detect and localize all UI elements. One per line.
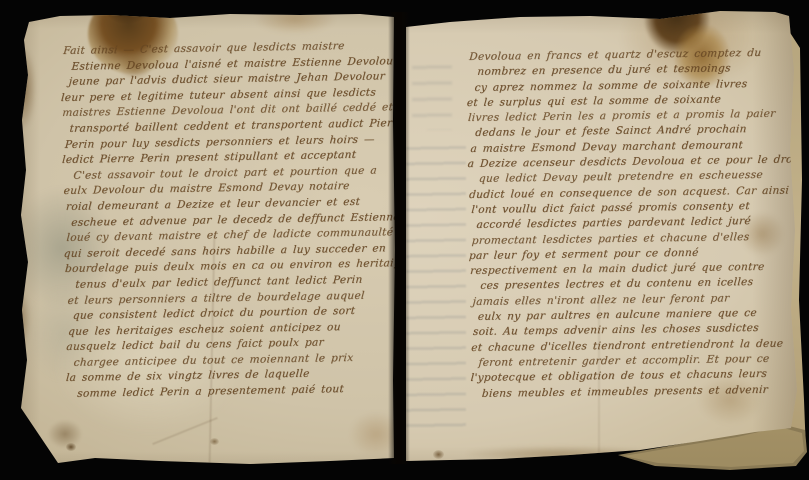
- gray-water-stain-lower: [26, 286, 104, 382]
- manuscript-line: la somme de six vingtz livres de laquell…: [65, 365, 406, 387]
- manuscript-line: par leur foy et serment pour ce donné: [468, 244, 809, 264]
- manuscript-line: bourdelage puis deulx mois en ca ou envi…: [64, 256, 404, 278]
- ink-speck: [66, 443, 76, 451]
- stain-right-edge: [740, 212, 784, 256]
- manuscript-line: loué cy devant maistre et chef de ladict…: [66, 225, 404, 246]
- faint-stain-top: [255, 4, 335, 34]
- parchment-highlight: [58, 300, 238, 430]
- manuscript-line: Perin pour luy sesdicts personniers et l…: [64, 132, 402, 153]
- manuscript-line: maistres Estienne Devoloua l'ont dit ont…: [62, 100, 402, 122]
- manuscript-line: transporté baillent ceddent et transport…: [69, 116, 402, 137]
- ink-stain-top-left-core: [104, 0, 150, 24]
- ink-show-through-upper: [412, 60, 452, 130]
- manuscript-line: jeune par l'advis dudict sieur maistre J…: [68, 69, 401, 90]
- manuscript-line: jamais elles n'iront allez ne leur feron…: [472, 290, 809, 310]
- manuscript-line: cy aprez nommez la somme de soixante liv…: [474, 76, 807, 96]
- ink-stain-top-amber: [674, 24, 730, 88]
- manuscript-line: accordé lesdictes parties pardevant ledi…: [476, 213, 809, 233]
- manuscript-line: qui seroit decedé sans hoirs habille a l…: [63, 241, 404, 263]
- manuscript-line: tenus d'eulx par ledict deffunct tant le…: [75, 272, 405, 293]
- right-page-text: Devoloua en francs et quartz d'escuz com…: [466, 45, 809, 402]
- manuscript-line: Devoloua en francs et quartz d'escuz com…: [469, 45, 807, 65]
- ink-stain-top-left-tail: [118, 54, 152, 80]
- manuscript-scan: Fait ainsi — C'est assavoir que lesdicts…: [0, 0, 809, 480]
- manuscript-line: biens meubles et immeubles presents et a…: [481, 382, 809, 402]
- manuscript-line: ces presentes lectres et du contenu en i…: [480, 275, 809, 295]
- manuscript-line: leur pere et legitime tuteur absent ains…: [60, 85, 401, 107]
- manuscript-line: eulx Devolour du maistre Esmond Devay no…: [63, 178, 403, 200]
- manuscript-line: l'ont voullu dict faict passé promis con…: [471, 198, 809, 218]
- manuscript-line: soit. Au temps advenir ains les choses s…: [472, 321, 809, 341]
- manuscript-line: nombrez en presence du juré et tesmoings: [477, 61, 807, 81]
- ink-speck: [210, 438, 219, 445]
- manuscript-line: dudict loué en consequence de son acques…: [468, 183, 808, 203]
- manuscript-line: livres ledict Perin les a promis et a pr…: [467, 106, 807, 126]
- manuscript-line: Fait ainsi — C'est assavoir que lesdicts…: [63, 38, 401, 59]
- manuscript-line: ledict Pierre Perin present stipullant e…: [61, 147, 402, 169]
- manuscript-line: chargee anticipee du tout ce moiennant l…: [73, 350, 406, 371]
- left-page-text: Fait ainsi — C'est assavoir que lesdicts…: [60, 38, 406, 403]
- gray-water-stain: [12, 188, 112, 308]
- ink-stain-top-halo: [622, 0, 762, 88]
- binding-gutter-shadow: [388, 12, 410, 464]
- manuscript-line: escheue et advenue par le decedz de deff…: [71, 210, 404, 231]
- manuscript-line: feront entretenir garder et accomplir. E…: [478, 351, 809, 371]
- manuscript-line: somme ledict Perin a presentement paié t…: [77, 381, 407, 402]
- edge-discoloration-upper: [10, 48, 36, 128]
- edge-discoloration-lower: [8, 290, 30, 350]
- fold-crease: [152, 417, 218, 445]
- fold-crease: [209, 235, 216, 463]
- manuscript-line: roial demeurant a Dezize et leur devanci…: [65, 194, 403, 215]
- manuscript-line: que consistent ledict droict du pourtion…: [72, 303, 405, 324]
- ink-show-through: [406, 142, 466, 432]
- ink-speck: [433, 450, 444, 459]
- manuscript-line: et chacune d'icelles tiendront entretien…: [471, 336, 809, 356]
- fold-crease: [598, 300, 600, 460]
- manuscript-line: que les heritaiges escheuz soient antici…: [67, 319, 405, 340]
- manuscript-line: C'est assavoir tout le droict part et po…: [73, 163, 403, 184]
- ink-stain-top-dark: [644, 0, 710, 54]
- manuscript-line: a Dezize acenseur desdicts Devoloua et c…: [467, 152, 808, 172]
- manuscript-line: ausquelz ledict bail du cens faict poulx…: [66, 334, 406, 356]
- manuscript-line: respectivement en la main dudict juré qu…: [470, 259, 809, 279]
- stain-lower-right: [698, 376, 762, 424]
- manuscript-line: promectant lesdictes parties et chacune …: [471, 229, 809, 249]
- manuscript-line: Estienne Devoloua l'aisné et maistre Est…: [71, 54, 401, 75]
- manuscript-line: eulx ny par aultres en aulcune maniere q…: [477, 305, 809, 325]
- manuscript-line: dedans le jour et feste Sainct André pro…: [475, 122, 808, 142]
- corner-stain: [48, 420, 82, 448]
- manuscript-line: l'ypotecque et obligation de tous et cha…: [470, 366, 809, 386]
- manuscript-line: et le surplus qui est la somme de soixan…: [466, 91, 807, 111]
- manuscript-line: que ledict Devay peult pretendre en esch…: [478, 168, 808, 188]
- manuscript-line: a maistre Esmond Devay marchant demouran…: [470, 137, 808, 157]
- manuscript-line: et leurs personniers a tiltre de bourdel…: [67, 288, 405, 309]
- ink-stain-top-left: [88, 0, 178, 74]
